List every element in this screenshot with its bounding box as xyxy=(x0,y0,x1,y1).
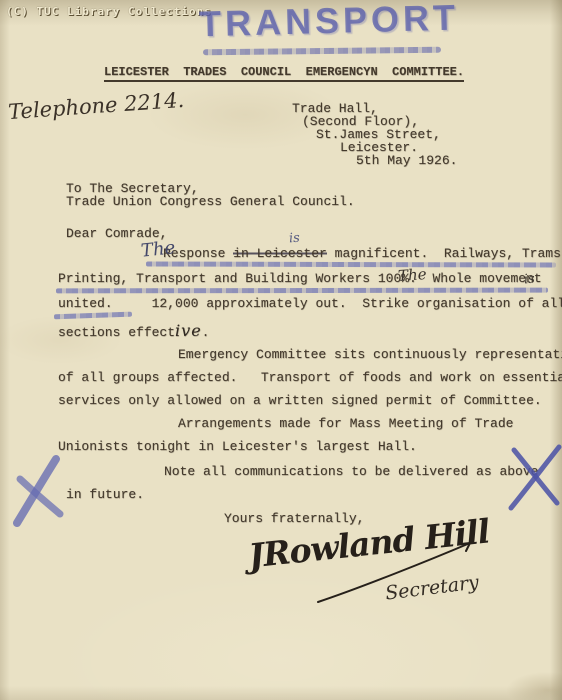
body-line: Emergency Committee sits continuously re… xyxy=(178,347,562,362)
left-x-mark xyxy=(20,479,60,514)
letterhead-title: LEICESTER TRADES COUNCIL EMERGENCYN COMM… xyxy=(104,65,464,82)
recipient-line: Trade Union Congress General Council. xyxy=(66,194,355,209)
body-line: Response in Leicester magnificent. Railw… xyxy=(163,246,562,261)
body-line: Note all communications to be delivered … xyxy=(164,464,538,479)
handwritten-insert: The xyxy=(140,237,176,261)
body-line: of all groups affected. Transport of foo… xyxy=(58,370,562,385)
closing-line: Yours fraternally, xyxy=(224,511,364,526)
struck-text: in Leicester xyxy=(233,246,327,261)
body-line: united. 12,000 approximately out. Strike… xyxy=(58,296,562,311)
body-text: magnificent. Railways, Trams, xyxy=(327,246,562,261)
handwritten-insert: The xyxy=(397,265,427,285)
transport-underline-mark xyxy=(203,47,441,55)
date-line: 5th May 1926. xyxy=(356,153,457,168)
letter-document: (C) TUC Library Collections TRANSPORT LE… xyxy=(0,0,562,700)
body-text: sections effect xyxy=(58,325,175,340)
body-line: services only allowed on a written signe… xyxy=(58,393,542,408)
body-line: Printing, Transport and Building Workers… xyxy=(58,271,542,286)
copyright-watermark: (C) TUC Library Collections xyxy=(6,5,212,18)
emphasis-underline xyxy=(54,312,132,320)
emphasis-underline xyxy=(56,288,548,294)
body-line: sections effective. xyxy=(58,321,209,340)
handwritten-insert: is xyxy=(523,271,535,287)
telephone-annotation: Telephone 2214. xyxy=(7,88,185,124)
signature-title-handwriting: Secretary xyxy=(384,571,480,604)
body-line: Arrangements made for Mass Meeting of Tr… xyxy=(178,416,513,431)
body-line: Unionists tonight in Leicester's largest… xyxy=(58,439,417,454)
left-x-mark xyxy=(17,459,56,523)
handwritten-correction: ive xyxy=(175,321,202,340)
transport-annotation: TRANSPORT xyxy=(198,0,459,45)
handwritten-insert: is xyxy=(288,231,300,247)
body-text: . xyxy=(202,325,210,340)
emphasis-underline xyxy=(146,261,556,267)
body-line: in future. xyxy=(66,487,144,502)
